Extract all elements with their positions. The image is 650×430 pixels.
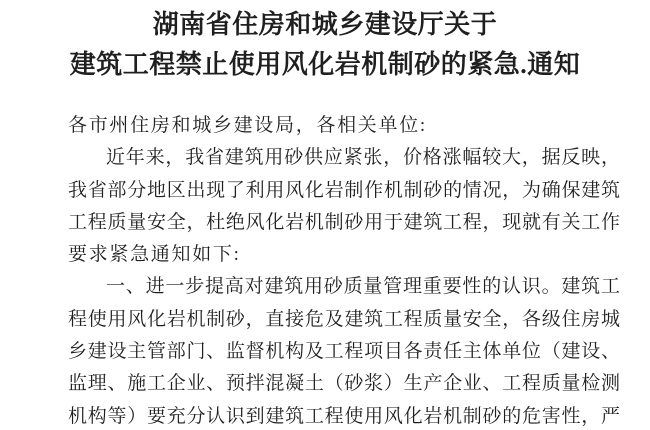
body-line-paragraph1-start: 近年来，我省建筑用砂供应紧张，价格涨幅较大，据反映， bbox=[68, 142, 620, 174]
body-line: 监理、施工企业、预拌混凝土（砂浆）生产企业、工程质量检测 bbox=[68, 368, 620, 400]
body-line: 我省部分地区出现了利用风化岩制作机制砂的情况，为确保建筑 bbox=[68, 175, 620, 207]
document-title: 湖南省住房和城乡建设厅关于 建筑工程禁止使用风化岩机制砂的紧急.通知 bbox=[0, 0, 650, 85]
body-line-paragraph1-end: 要求紧急通知如下: bbox=[68, 239, 620, 271]
salutation-line: 各市州住房和城乡建设局，各相关单位: bbox=[68, 110, 620, 142]
body-line: 工程质量安全，杜绝风化岩机制砂用于建筑工程，现就有关工作 bbox=[68, 207, 620, 239]
body-line: 乡建设主管部门、监督机构及工程项目各责任主体单位（建设、 bbox=[68, 336, 620, 368]
title-line-1: 湖南省住房和城乡建设厅关于 bbox=[0, 5, 650, 45]
document-body: 各市州住房和城乡建设局，各相关单位: 近年来，我省建筑用砂供应紧张，价格涨幅较大… bbox=[68, 110, 620, 430]
body-line: 机构等）要充分认识到建筑工程使用风化岩机制砂的危害性，严 bbox=[68, 401, 620, 430]
body-line-item1-start: 一、进一步提高对建筑用砂质量管理重要性的认识。建筑工 bbox=[68, 271, 620, 303]
body-line: 程使用风化岩机制砂，直接危及建筑工程质量安全，各级住房城 bbox=[68, 304, 620, 336]
document-page: 湖南省住房和城乡建设厅关于 建筑工程禁止使用风化岩机制砂的紧急.通知 各市州住房… bbox=[0, 0, 650, 430]
title-line-2: 建筑工程禁止使用风化岩机制砂的紧急.通知 bbox=[0, 45, 650, 85]
